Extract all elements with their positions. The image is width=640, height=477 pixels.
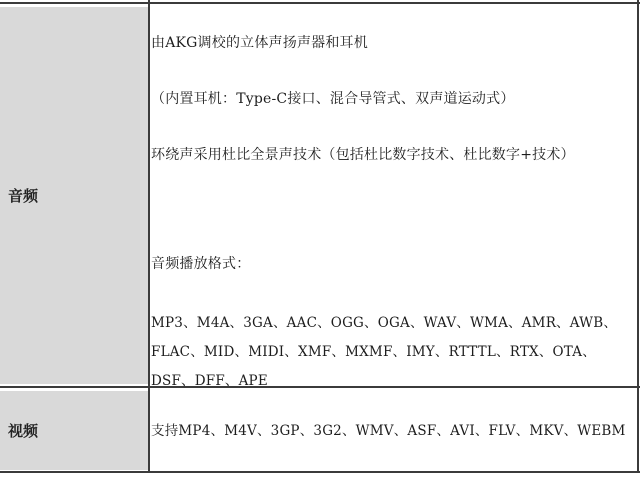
- video-spec-content: 支持MP4、M4V、3GP、3G2、WMV、ASF、AVI、FLV、MKV、WE…: [151, 388, 635, 473]
- video-formats-list: 支持MP4、M4V、3GP、3G2、WMV、ASF、AVI、FLV、MKV、WE…: [151, 417, 635, 446]
- table-border-top: [0, 2, 640, 4]
- video-label-cell: 视频: [0, 391, 148, 470]
- audio-spec-content: 由AKG调校的立体声扬声器和耳机 （内置耳机：Type-C接口、混合导管式、双声…: [151, 4, 635, 423]
- audio-formats-list: MP3、M4A、3GA、AAC、OGG、OGA、WAV、WMA、AMR、AWB、…: [151, 309, 635, 396]
- table-border-right: [637, 0, 639, 473]
- video-row-label: 视频: [0, 420, 38, 441]
- audio-label-cell: 音频: [0, 7, 148, 384]
- audio-spec-speakers: 由AKG调校的立体声扬声器和耳机: [151, 29, 635, 58]
- audio-formats-heading: 音频播放格式：: [151, 250, 635, 279]
- table-row-separator: [0, 386, 640, 388]
- table-column-divider: [148, 0, 150, 473]
- audio-row-label: 音频: [0, 185, 38, 206]
- audio-spec-earphones: （内置耳机：Type-C接口、混合导管式、双声道运动式）: [151, 85, 635, 114]
- audio-spec-surround: 环绕声采用杜比全景声技术（包括杜比数字技术、杜比数字+技术）: [151, 141, 635, 170]
- product-spec-table: 音频 由AKG调校的立体声扬声器和耳机 （内置耳机：Type-C接口、混合导管式…: [0, 0, 640, 477]
- table-border-bottom: [0, 471, 640, 473]
